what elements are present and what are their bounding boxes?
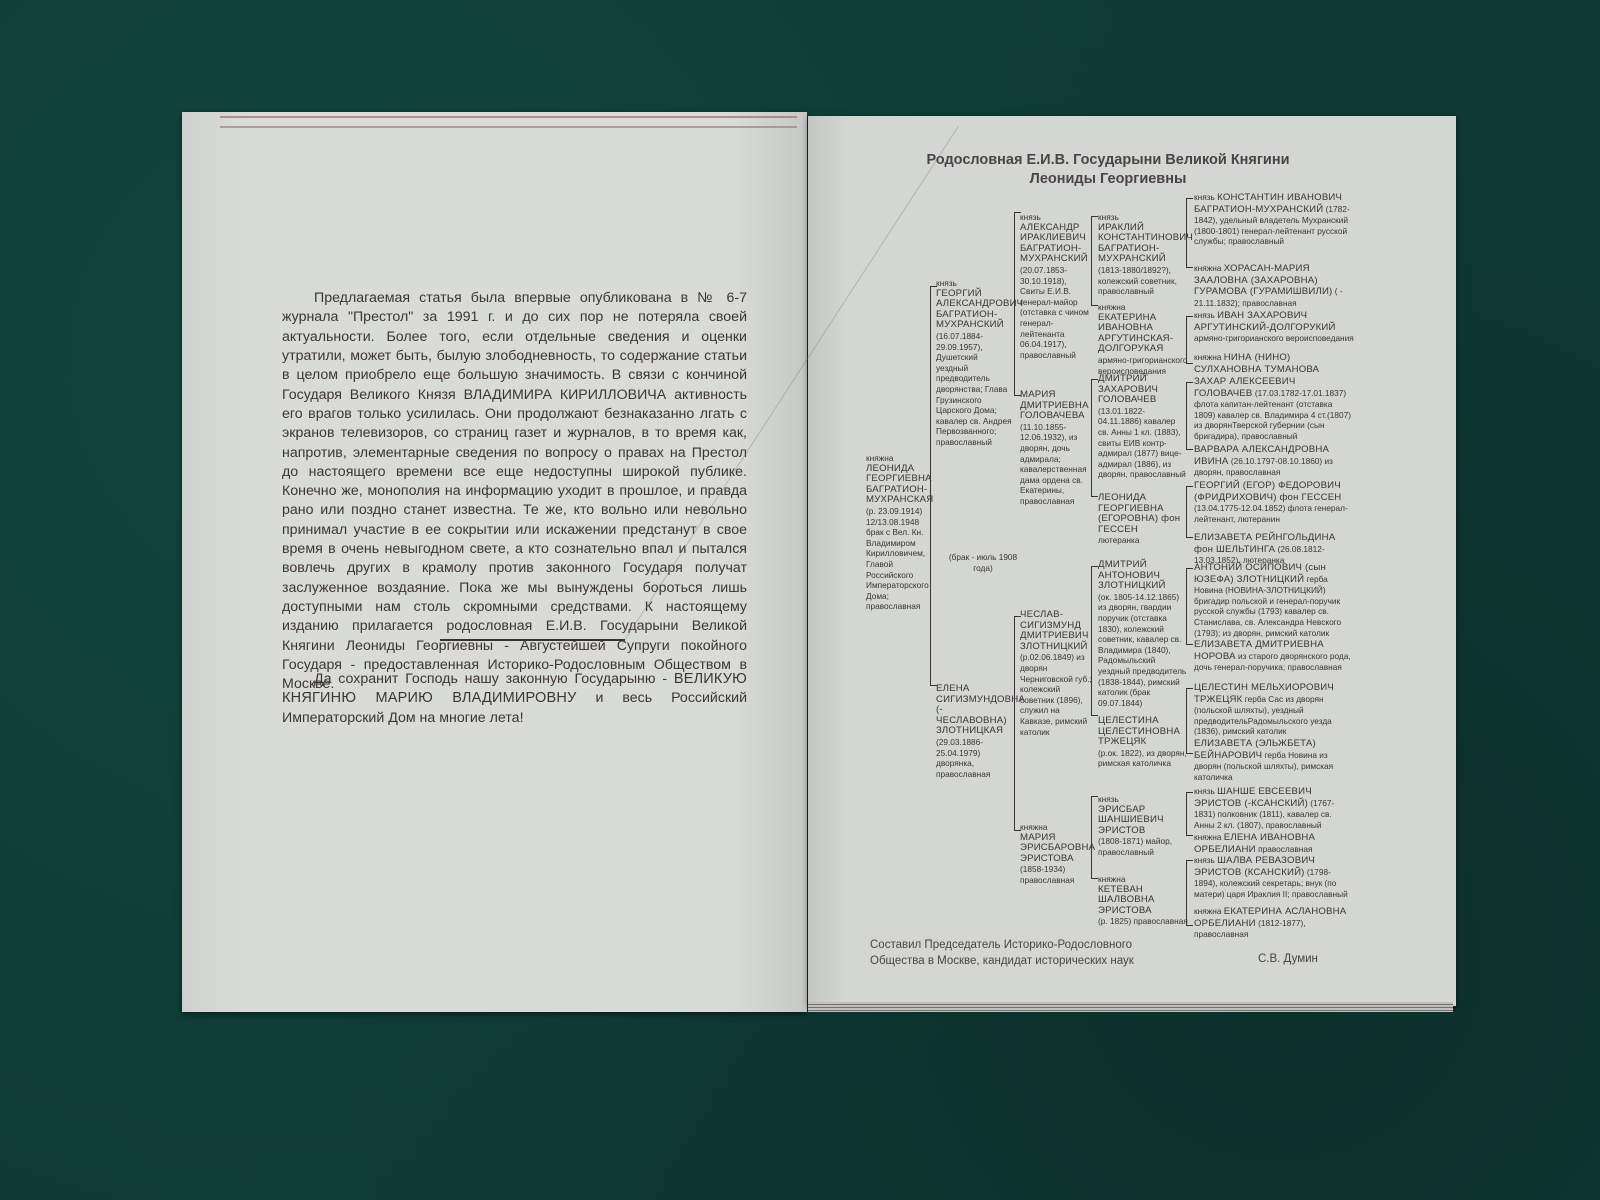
blessing-paragraph: Да сохранит Господь нашу законную Госуда… (282, 670, 747, 728)
node-name: МАРИЯ ЭРИСБАРОВНА ЭРИСТОВА (1020, 833, 1092, 865)
tree-node-gen4-11: ЕЛИЗАВЕТА (ЭЛЬЖБЕТА) БЕЙНАРОВИЧ герба Но… (1194, 738, 1354, 782)
node-details: (р.02.06.1849) из дворян Черниговской гу… (1020, 652, 1092, 737)
title-line-1: Родословная Е.И.В. Государыни Великой Кн… (878, 151, 1338, 170)
node-details: православная (1258, 844, 1312, 854)
node-details: (13.01.1822-04.11.1886) кавалер св. Анны… (1098, 406, 1188, 480)
node-prefix: княжна (1194, 352, 1221, 362)
node-details: (13.04.1775-12.04.1852) флота генерал-ле… (1194, 503, 1348, 524)
node-details: (р. 23.09.1914) 12/13.08.1948 брак с Вел… (866, 506, 930, 612)
node-name: ЧЕСЛАВ-СИГИЗМУНД ДМИТРИЕВИЧ ЗЛОТНИЦКИЙ (1020, 610, 1092, 652)
tree-node-gen3-1: княжна ЕКАТЕРИНА ИВАНОВНА АРГУТИНСКАЯ-ДО… (1098, 302, 1188, 376)
tree-node-gen4-7: ЕЛИЗАВЕТА РЕЙНГОЛЬДИНА фон ШЕЛЬТИНГА (26… (1194, 532, 1354, 566)
node-prefix: князь (1020, 212, 1092, 223)
footer-line-1: Составил Председатель Историко-Родословн… (870, 937, 1134, 953)
node-details: (20.07.1853-30.10.1918), Свиты Е.И.В. ге… (1020, 265, 1092, 360)
tree-node-gen4-14: князь ШАЛВА РЕВАЗОВИЧ ЭРИСТОВ (КСАНСКИЙ)… (1194, 855, 1354, 899)
right-page: Родословная Е.И.В. Государыни Великой Кн… (808, 116, 1456, 1006)
tree-node-father: князь ГЕОРГИЙ АЛЕКСАНДРОВИЧ БАГРАТИОН-МУ… (936, 278, 1012, 448)
node-name: ИВАН ЗАХАРОВИЧ АРГУТИНСКИЙ-ДОЛГОРУКИЙ (1194, 310, 1336, 333)
node-prefix: князь (1194, 310, 1215, 320)
node-name: ЕКАТЕРИНА ИВАНОВНА АРГУТИНСКАЯ-ДОЛГОРУКА… (1098, 313, 1188, 355)
node-details: (11.10.1855-12.06.1932), из дворян, дочь… (1020, 422, 1092, 507)
node-name: МАРИЯ ДМИТРИЕВНА ГОЛОВАЧЕВА (1020, 390, 1092, 422)
tree-node-gen4-2: князь ИВАН ЗАХАРОВИЧ АРГУТИНСКИЙ-ДОЛГОРУ… (1194, 310, 1354, 344)
node-name: ЛЕОНИДА ГЕОРГИЕВНА (ЕГОРОВНА) фон ГЕССЕН (1098, 493, 1188, 535)
tree-node-gen4-0: князь КОНСТАНТИН ИВАНОВИЧ БАГРАТИОН-МУХР… (1194, 192, 1354, 247)
tree-node-gen4-3: княжна НИНА (НИНО) СУЛХАНОВНА ТУМАНОВА (1194, 352, 1354, 375)
section-divider (440, 639, 625, 641)
tree-node-gen3-2: ДМИТРИЙ ЗАХАРОВИЧ ГОЛОВАЧЕВ (13.01.1822-… (1098, 374, 1188, 480)
node-name: ГЕОРГИЙ АЛЕКСАНДРОВИЧ БАГРАТИОН-МУХРАНСК… (936, 289, 1012, 331)
title-line-2: Леониды Георгиевны (878, 170, 1338, 189)
node-prefix: князь (936, 278, 1012, 289)
node-prefix: князь (1098, 212, 1188, 223)
node-name: КОНСТАНТИН ИВАНОВИЧ БАГРАТИОН-МУХРАНСКИЙ (1194, 192, 1342, 215)
footer-line-2: Общества в Москве, кандидат исторических… (870, 953, 1134, 969)
node-name: ЛЕОНИДА ГЕОРГИЕВНА БАГРАТИОН-МУХРАНСКАЯ (866, 464, 930, 506)
blessing-start: Да сохранит Господь нашу законную Госуда… (314, 671, 674, 687)
node-prefix: княжна (1020, 822, 1092, 833)
node-details: лютеранка (1098, 535, 1188, 546)
author-signature: С.В. Думин (1258, 953, 1318, 965)
node-details: (16.07.1884-29.09.1957), Душетский уездн… (936, 331, 1012, 448)
node-prefix: княжна (1098, 302, 1188, 313)
node-name: ЦЕЛЕСТИНА ЦЕЛЕСТИНОВНА ТРЖЕЦЯК (1098, 716, 1188, 748)
node-name: ГЕОРГИЙ (ЕГОР) ФЕДОРОВИЧ (ФРИДРИХОВИЧ) ф… (1194, 480, 1341, 503)
tree-node-gen4-12: князь ШАНШЕ ЕВСЕЕВИЧ ЭРИСТОВ (-КСАНСКИЙ)… (1194, 786, 1354, 830)
node-details: (1813-1880/1892?), колежский советник, п… (1098, 265, 1188, 297)
node-name: ДМИТРИЙ АНТОНОВИЧ ЗЛОТНИЦКИЙ (1098, 560, 1188, 592)
tree-title: Родословная Е.И.В. Государыни Великой Кн… (878, 151, 1338, 189)
node-details: (1808-1871) майор, православный (1098, 836, 1188, 857)
tree-node-mother: ЕЛЕНА СИГИЗМУНДОВНА (-ЧЕСЛАВОВНА) ЗЛОТНИ… (936, 684, 1012, 779)
page-edges (808, 1002, 1453, 1012)
node-name: АЛЕКСАНДР ИРАКЛИЕВИЧ БАГРАТИОН-МУХРАНСКИ… (1020, 223, 1092, 265)
tree-node-gen2-2: ЧЕСЛАВ-СИГИЗМУНД ДМИТРИЕВИЧ ЗЛОТНИЦКИЙ (… (1020, 610, 1092, 737)
node-details: (29.03.1886-25.04.1979) дворянка, правос… (936, 737, 1012, 779)
tree-node-gen3-4: ДМИТРИЙ АНТОНОВИЧ ЗЛОТНИЦКИЙ (ок. 1805-1… (1098, 560, 1188, 708)
tree-node-gen3-6: князь ЭРИСБАР ШАНШИЕВИЧ ЭРИСТОВ (1808-18… (1098, 794, 1188, 858)
node-details: (ок. 1805-14.12.1865) из дворян, гвардии… (1098, 592, 1188, 709)
tree-node-gen4-5: ВАРВАРА АЛЕКСАНДРОВНА ИВИНА (26.10.1797-… (1194, 444, 1354, 478)
node-prefix: княжна (866, 453, 930, 464)
tree-node-gen2-3: княжна МАРИЯ ЭРИСБАРОВНА ЭРИСТОВА (1858-… (1020, 822, 1092, 886)
marriage-note: (брак - июль 1908 года) (948, 552, 1018, 573)
tree-node-gen4-15: княжна ЕКАТЕРИНА АСЛАНОВНА ОРБЕЛИАНИ (18… (1194, 906, 1354, 940)
node-prefix: княжна (1194, 832, 1221, 842)
tree-node-gen4-13: княжна ЕЛЕНА ИВАНОВНА ОРБЕЛИАНИ правосла… (1194, 832, 1354, 855)
tree-node-gen3-5: ЦЕЛЕСТИНА ЦЕЛЕСТИНОВНА ТРЖЕЦЯК (р.ок. 18… (1098, 716, 1188, 769)
node-details: (1858-1934) православная (1020, 864, 1092, 885)
top-decorative-stripe (220, 116, 797, 128)
tree-node-gen3-0: князь ИРАКЛИЙ КОНСТАНТИНОВИЧ БАГРАТИОН-М… (1098, 212, 1188, 297)
node-name: КЕТЕВАН ШАЛВОВНА ЭРИСТОВА (1098, 885, 1188, 917)
tree-node-gen2-0: князь АЛЕКСАНДР ИРАКЛИЕВИЧ БАГРАТИОН-МУХ… (1020, 212, 1092, 360)
node-prefix: князь (1194, 192, 1215, 202)
tree-node-gen4-8: АНТОНИЙ ОСИПОВИЧ (сын ЮЗЕФА) ЗЛОТНИЦКИЙ … (1194, 562, 1354, 638)
node-name: ЕЛЕНА СИГИЗМУНДОВНА (-ЧЕСЛАВОВНА) ЗЛОТНИ… (936, 684, 1012, 737)
node-name: ИРАКЛИЙ КОНСТАНТИНОВИЧ БАГРАТИОН-МУХРАНС… (1098, 223, 1188, 265)
node-prefix: княжна (1194, 263, 1221, 273)
bracket-gen1-b (1014, 616, 1015, 831)
node-name: ЭРИСБАР ШАНШИЕВИЧ ЭРИСТОВ (1098, 805, 1188, 837)
tree-node-gen3-3: ЛЕОНИДА ГЕОРГИЕВНА (ЕГОРОВНА) фон ГЕССЕН… (1098, 493, 1188, 546)
tree-node-gen4-9: ЕЛИЗАВЕТА ДМИТРИЕВНА НОРОВА из старого д… (1194, 639, 1354, 673)
marriage-note-text: (брак - июль 1908 года) (948, 552, 1018, 573)
tree-node-gen3-7: княжна КЕТЕВАН ШАЛВОВНА ЭРИСТОВА (р. 182… (1098, 874, 1188, 927)
bracket-root (930, 286, 931, 686)
tree-node-gen4-6: ГЕОРГИЙ (ЕГОР) ФЕДОРОВИЧ (ФРИДРИХОВИЧ) ф… (1194, 480, 1354, 524)
node-prefix: князь (1098, 794, 1188, 805)
node-prefix: княжна (1098, 874, 1188, 885)
node-prefix: князь (1194, 786, 1215, 796)
node-details: армяно-григорианского вероисповедания (1194, 333, 1354, 343)
node-details: (р.ок. 1822), из дворян, римская католич… (1098, 748, 1188, 769)
tree-node-root: княжна ЛЕОНИДА ГЕОРГИЕВНА БАГРАТИОН-МУХР… (866, 453, 930, 612)
left-page: Предлагаемая статья была впервые опублик… (182, 112, 807, 1012)
compiler-credit: Составил Председатель Историко-Родословн… (870, 937, 1134, 969)
intro-paragraph: Предлагаемая статья была впервые опублик… (282, 289, 747, 694)
node-prefix: князь (1194, 855, 1215, 865)
tree-node-gen2-1: МАРИЯ ДМИТРИЕВНА ГОЛОВАЧЕВА (11.10.1855-… (1020, 390, 1092, 507)
node-details: (р. 1825) православная (1098, 916, 1188, 927)
node-name: ДМИТРИЙ ЗАХАРОВИЧ ГОЛОВАЧЕВ (1098, 374, 1188, 406)
tree-node-gen4-4: ЗАХАР АЛЕКСЕЕВИЧ ГОЛОВАЧЕВ (17.03.1782-1… (1194, 376, 1354, 442)
node-prefix: княжна (1194, 906, 1221, 916)
tree-node-gen4-10: ЦЕЛЕСТИН МЕЛЬХИОРОВИЧ ТРЖЕЦЯК герба Сас … (1194, 682, 1354, 737)
tree-node-gen4-1: княжна ХОРАСАН-МАРИЯ ЗААЛОВНА (ЗАХАРОВНА… (1194, 263, 1354, 308)
